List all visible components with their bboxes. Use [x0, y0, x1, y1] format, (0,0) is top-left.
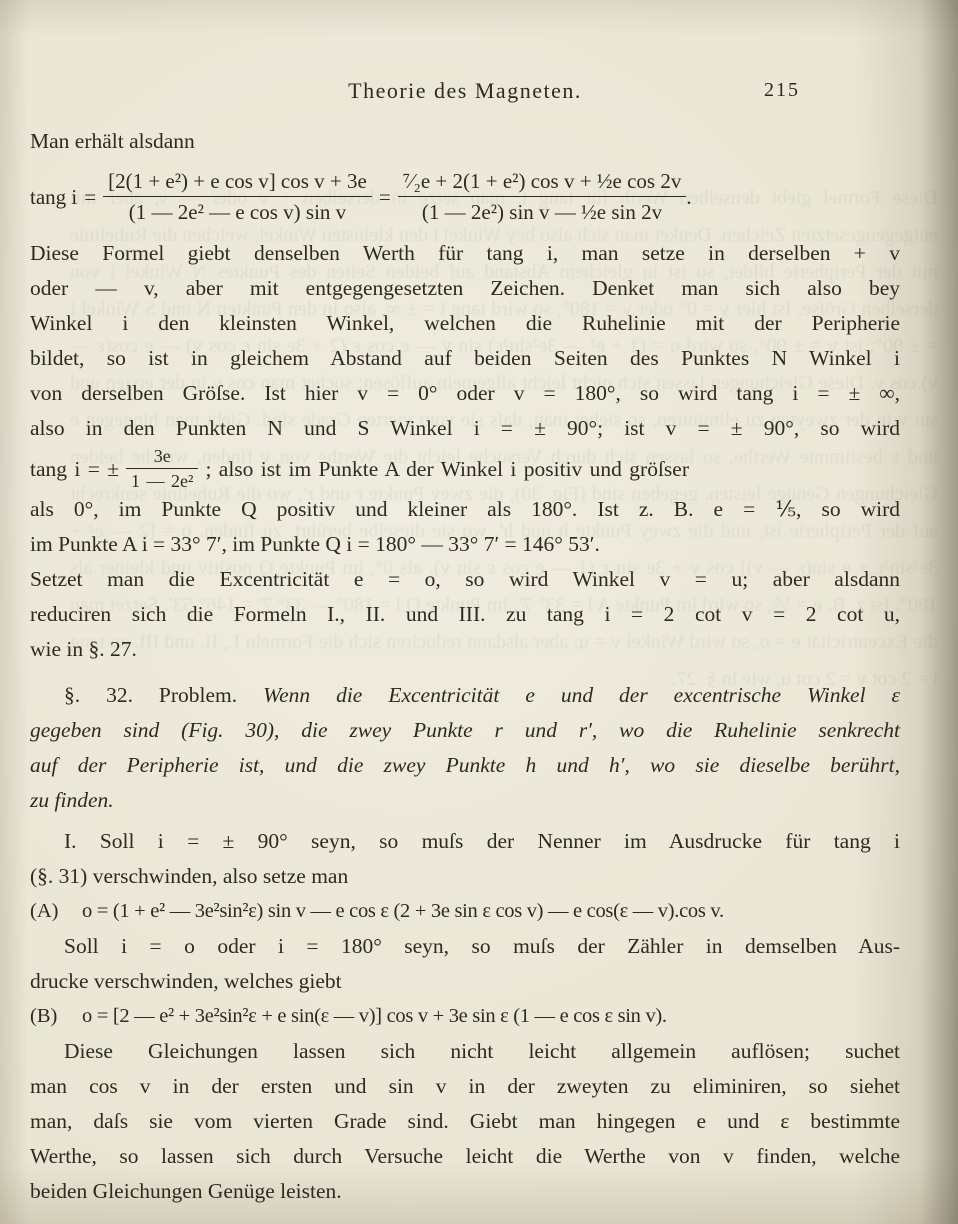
text-line: im Punkte A i = 33° 7′, im Punkte Q i = … [30, 527, 900, 562]
text-line: als 0°, im Punkte Q positiv und kleiner … [30, 492, 900, 527]
inline-fraction-numerator: 3e [126, 446, 198, 470]
fraction-1-numerator: [2(1 + e²) + e cos v] cos v + 3e [103, 168, 372, 197]
text-line: zu finden. [30, 783, 900, 818]
text-line: drucke verschwinden, welches giebt [30, 964, 900, 999]
text-line: Werthe, so lassen sich durch Versuche le… [30, 1139, 900, 1174]
text-line: man cos v in der ersten und sin v in der… [30, 1069, 900, 1104]
text-line: §. 32. Problem. Wenn die Excentricität e… [30, 678, 900, 713]
text-line: von derselben Gröſse. Ist hier v = 0° od… [30, 376, 900, 411]
equation-A: (A) o = (1 + e² — 3e²sin²ε) sin v — e co… [30, 894, 900, 929]
inline-fraction-line: tang i = ± 3e 1 — 2e² ; also ist im Punk… [30, 446, 900, 492]
text-line: Diese Gleichungen lassen sich nicht leic… [30, 1034, 900, 1069]
text-line: man, daſs sie vom vierten Grade sind. Gi… [30, 1104, 900, 1139]
fraction-2-numerator: ⁷⁄₂e + 2(1 + e²) cos v + ½e cos 2v [398, 168, 687, 197]
equals-sign: = [372, 184, 398, 210]
fraction-1: [2(1 + e²) + e cos v] cos v + 3e (1 — 2e… [103, 168, 372, 226]
equation-A-label: (A) [30, 894, 82, 929]
page-header: Theorie des Magneten. 215 [30, 78, 900, 108]
text-line: gegeben sind (Fig. 30), die zwey Punkte … [30, 713, 900, 748]
formula-lhs: tang i [30, 184, 77, 210]
formula-period: . [686, 184, 691, 210]
inline-fraction: 3e 1 — 2e² [126, 446, 198, 492]
equals-sign: = [77, 184, 103, 210]
fraction-1-denominator: (1 — 2e² — e cos v) sin v [103, 197, 372, 225]
problem-statement-start: Wenn die Excentricität e und der excentr… [263, 683, 900, 707]
fraction-2-denominator: (1 — 2e²) sin v — ½e sin 2v [398, 197, 687, 225]
inline-fraction-denominator: 1 — 2e² [126, 469, 198, 492]
text-line: bildet, so ist in gleichem Abstand auf b… [30, 341, 900, 376]
page-body: Man erhält alsdann tang i = [2(1 + e²) +… [30, 124, 900, 1209]
paragraph-discussion: Diese Formel giebt denselben Werth für t… [30, 236, 900, 667]
frac-line-pre: tang i = ± [30, 446, 119, 492]
main-formula: tang i = [2(1 + e²) + e cos v] cos v + 3… [30, 168, 900, 226]
paragraph-solution: I. Soll i = ± 90° seyn, so muſs der Nenn… [30, 824, 900, 1209]
equation-A-body: o = (1 + e² — 3e²sin²ε) sin v — e cos ε … [82, 894, 724, 929]
text-line: oder — v, aber mit entgegengesetzten Zei… [30, 271, 900, 306]
text-line: Diese Formel giebt denselben Werth für t… [30, 236, 900, 271]
text-line: Winkel i den kleinsten Winkel, welchen d… [30, 306, 900, 341]
text-line: wie in §. 27. [30, 632, 900, 667]
text-line: (§. 31) verschwinden, also setze man [30, 859, 900, 894]
text-line: auf der Peripherie ist, und die zwey Pun… [30, 748, 900, 783]
text-line: Setzet man die Excentricität e = o, so w… [30, 562, 900, 597]
frac-line-post: ; also ist im Punkte A der Winkel i posi… [205, 446, 689, 492]
text-line: beiden Gleichungen Genüge leisten. [30, 1174, 900, 1209]
equation-B-label: (B) [30, 999, 82, 1034]
equation-B: (B) o = [2 — e² + 3e²sin²ε + e sin(ε — v… [30, 999, 900, 1034]
text-line: also in den Punkten N und S Winkel i = ±… [30, 411, 900, 446]
intro-line: Man erhält alsdann [30, 124, 900, 159]
text-line: Soll i = o oder i = 180° seyn, so muſs d… [30, 929, 900, 964]
section-number: §. 32. Problem. [64, 683, 237, 707]
text-line: I. Soll i = ± 90° seyn, so muſs der Nenn… [30, 824, 900, 859]
text-line: reduciren sich die Formeln I., II. und I… [30, 597, 900, 632]
fraction-2: ⁷⁄₂e + 2(1 + e²) cos v + ½e cos 2v (1 — … [398, 168, 687, 226]
equation-B-body: o = [2 — e² + 3e²sin²ε + e sin(ε — v)] c… [82, 999, 667, 1034]
paragraph-problem: §. 32. Problem. Wenn die Excentricität e… [30, 678, 900, 818]
book-page: Diese Formel giebt denselben Werth für t… [0, 0, 958, 1224]
page-number: 215 [764, 79, 800, 102]
